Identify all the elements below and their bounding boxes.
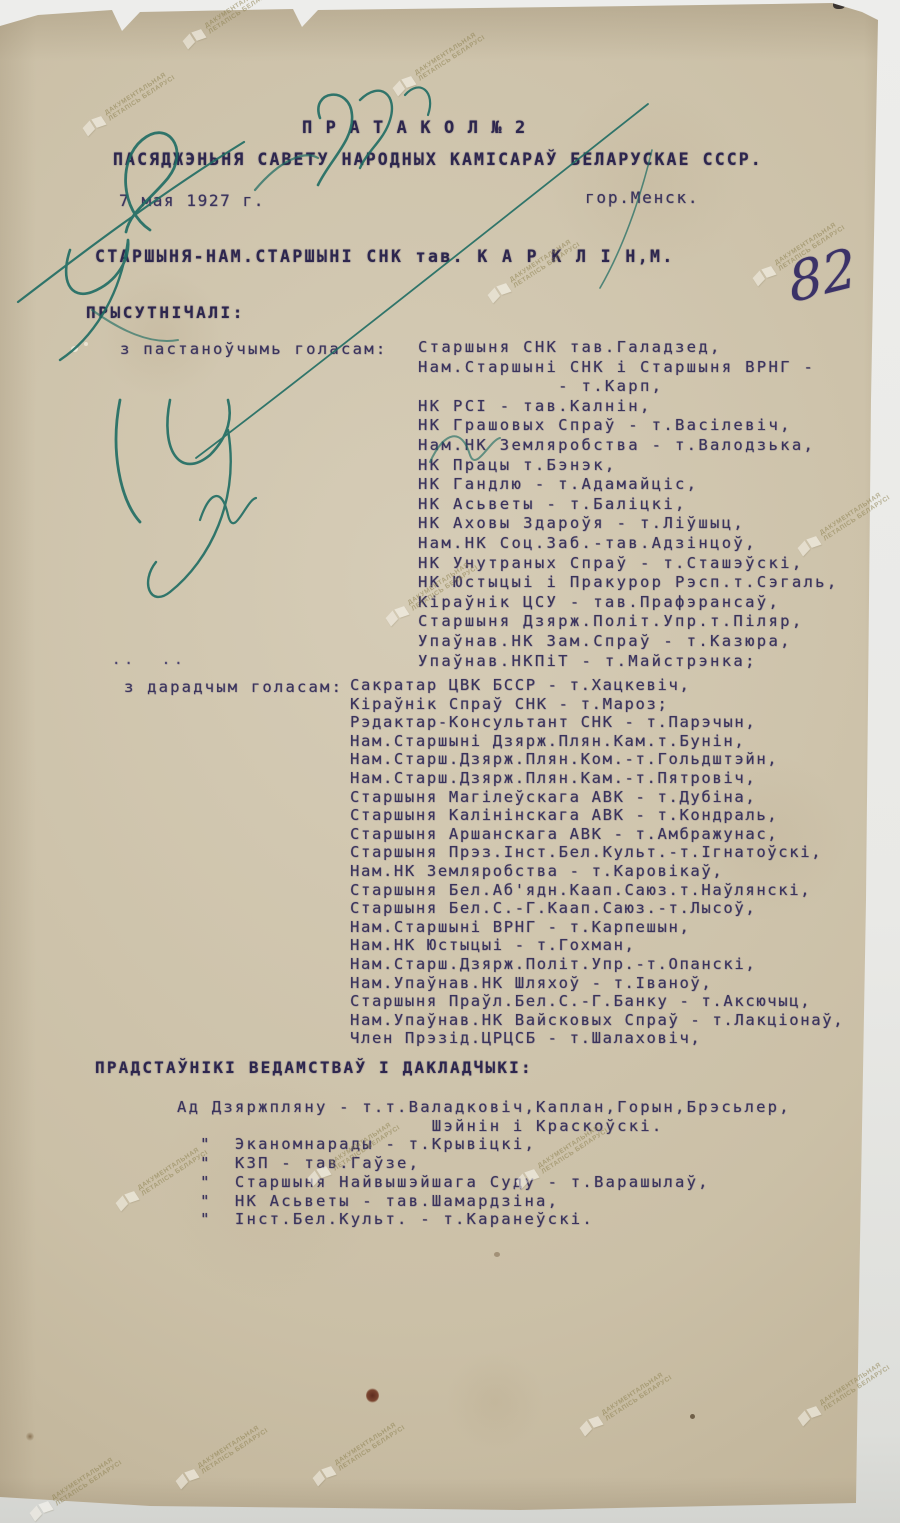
document-line: " Старшыня Найвышэйшага Суду - т.Варашыл…: [177, 1173, 791, 1192]
document-line: Нам.Упаўнав.НК Шляхоў - т.Іваноў,: [350, 974, 844, 993]
document-line: НК РСІ - тав.Калнін,: [418, 397, 839, 417]
document-line: Нам.НК Земляробства - т.Валодзька,: [418, 436, 839, 456]
document-line: " Эканомнарады - т.Крывіцкі,: [177, 1135, 791, 1154]
document-line: НК Юстыцыі і Пракурор Рэсп.т.Сэгаль,: [418, 573, 839, 593]
protocol-place: гор.Менск.: [585, 188, 699, 207]
document-line: Кіраўнік ЦСУ - тав.Прафэрансаў,: [418, 593, 839, 613]
advisory-vote-list: Сакратар ЦВК БССР - т.Хацкевіч,Кіраўнік …: [350, 676, 844, 1048]
document-line: НК Аховы Здароўя - т.Ліўшыц,: [418, 514, 839, 534]
document-line: НК Асьветы - т.Баліцкі,: [418, 495, 839, 515]
document-line: Старшыня Магілеўскага АВК - т.Дубіна,: [350, 788, 844, 807]
document-line: Старшыня Прэз.Інст.Бел.Культ.-т.Ігнатоўс…: [350, 843, 844, 862]
document-line: Нам.НК Земляробства - т.Каровікаў,: [350, 862, 844, 881]
protocol-subtitle: ПАСЯДЖЭНЬНЯ САВЕТУ НАРОДНЫХ КАМІСАРАЎ БЕ…: [113, 150, 763, 169]
document-line: НК Гандлю - т.Адамайціс,: [418, 475, 839, 495]
document-line: " Інст.Бел.Культ. - т.Каранеўскі.: [177, 1210, 791, 1229]
document-line: Кіраўнік Спраў СНК - т.Мароз;: [350, 695, 844, 714]
document-line: Нам.НК Соц.Заб.-тав.Адзінцоў,: [418, 534, 839, 554]
document-line: НК Унутраных Спраў - т.Сташэўскі,: [418, 554, 839, 574]
document-line: Старшыня Праўл.Бел.С.-Г.Банку - т.Аксючы…: [350, 992, 844, 1011]
document-line: НК Працы т.Бэнэк,: [418, 456, 839, 476]
chairman-line: СТАРШЫНЯ-НАМ.СТАРШЫНІ СНК тав. К А Р К Л…: [95, 247, 675, 266]
protocol-date: 7 мая 1927 г.: [119, 191, 265, 210]
deciding-vote-label: з пастаноўчымь голасам:: [120, 340, 388, 358]
document-line: Рэдактар-Консультант СНК - т.Парэчын,: [350, 713, 844, 732]
document-line: Упаўнав.НК Зам.Спраў - т.Казюра,: [418, 632, 839, 652]
open-book-icon: [26, 1497, 54, 1523]
document-line: - т.Карп,: [418, 377, 839, 397]
representatives-list: Ад Дзяржпляну - т.т.Валадковіч,Каплан,Го…: [177, 1098, 791, 1229]
document-line: Шэйнін і Краскоўскі.: [177, 1117, 791, 1136]
document-line: Старшыня СНК тав.Галадзед,: [418, 338, 839, 358]
document-page: П Р А Т А К О Л № 2 ПАСЯДЖЭНЬНЯ САВЕТУ Н…: [0, 0, 900, 1523]
representatives-heading: ПРАДСТАЎНІКІ ВЕДАМСТВАЎ І ДАКЛАДЧЫКІ:: [95, 1058, 533, 1077]
deciding-vote-list: Старшыня СНК тав.Галадзед,Нам.Старшыні С…: [418, 338, 839, 671]
document-line: Нам.Старшыні Дзярж.Плян.Кам.т.Бунін,: [350, 732, 844, 751]
document-line: " НК Асьветы - тав.Шамардзіна,: [177, 1192, 791, 1211]
document-line: Старшыня Аршанскага АВК - т.Амбражунас,: [350, 825, 844, 844]
advisory-vote-label: з дарадчым голасам:: [124, 678, 343, 696]
document-line: Нам.НК Юстыцыі - т.Гохман,: [350, 936, 844, 955]
document-line: Нам.Старш.Дзярж.Плян.Ком.-т.Гольдштэйн,: [350, 750, 844, 769]
document-line: Старшыня Калінінскага АВК - т.Кондраль,: [350, 806, 844, 825]
document-line: Нам.Упаўнав.НК Вайсковых Спраў - т.Лакці…: [350, 1011, 844, 1030]
document-line: Сакратар ЦВК БССР - т.Хацкевіч,: [350, 676, 844, 695]
document-line: Старшыня Бел.Аб'ядн.Каап.Саюз.т.Наўлянск…: [350, 881, 844, 900]
present-heading: ПРЫСУТНІЧАЛІ:: [86, 303, 245, 322]
document-line: Упаўнав.НКПіТ - т.Майстрэнка;: [418, 652, 839, 672]
document-line: Нам.Старшыні СНК і Старшыня ВРНГ -: [418, 358, 839, 378]
stray-ink-marks: .. ..: [112, 652, 187, 668]
document-line: " КЗП - тав.Гаўзе,: [177, 1154, 791, 1173]
protocol-title: П Р А Т А К О Л № 2: [302, 118, 527, 138]
scan-background: П Р А Т А К О Л № 2 ПАСЯДЖЭНЬНЯ САВЕТУ Н…: [0, 0, 900, 1523]
document-line: Член Прэзід.ЦРЦСБ - т.Шалаховіч,: [350, 1029, 844, 1048]
document-line: НК Грашовых Спраў - т.Васілевіч,: [418, 416, 839, 436]
document-line: Нам.Старш.Дзярж.Політ.Упр.-т.Опанскі,: [350, 955, 844, 974]
document-line: Нам.Старш.Дзярж.Плян.Кам.-т.Пятровіч,: [350, 769, 844, 788]
document-line: Ад Дзяржпляну - т.т.Валадковіч,Каплан,Го…: [177, 1098, 791, 1117]
document-line: Старшыня Бел.С.-Г.Каап.Саюз.-т.Лысоў,: [350, 899, 844, 918]
document-line: Нам.Старшыні ВРНГ - т.Карпешын,: [350, 918, 844, 937]
document-line: Старшыня Дзярж.Політ.Упр.т.Піляр,: [418, 612, 839, 632]
